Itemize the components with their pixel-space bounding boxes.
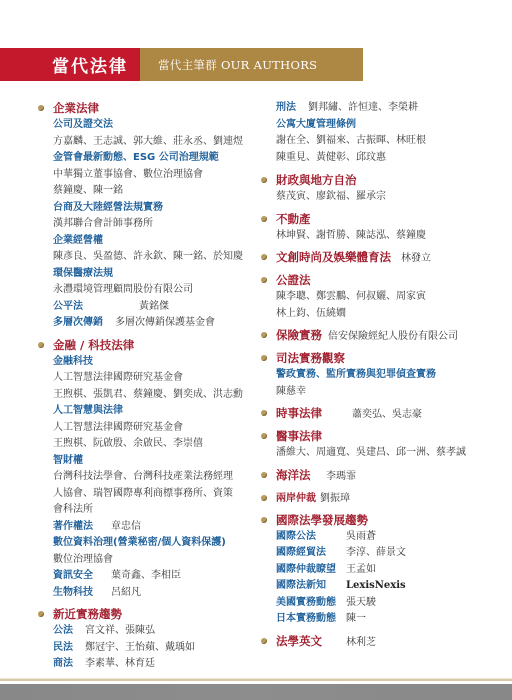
author-names: 王煦棋、張凱君、蔡鐘慶、劉奕成、洪志勳 (53, 387, 256, 404)
author-names: 蔡鐘慶、陳一銘 (53, 183, 256, 200)
section-title: 司法實務觀察 (276, 350, 501, 367)
section-title: 保險實務 (276, 327, 322, 344)
author-names: 人工智慧法律國際研究基金會 (53, 420, 256, 437)
subsection-row: 公法 宮文祥、張陳弘 (53, 623, 256, 640)
section-culture-sports: 文創時尚及娛樂體育法 林發立 (261, 249, 501, 267)
subsection-row: 多層次傳銷 多層次傳銷保護基金會 (53, 315, 256, 332)
subsection-title: 國際經貿法 (276, 545, 346, 562)
author-names: 李素華、林育廷 (85, 656, 155, 673)
section-medical-law: 醫事法律 潘維大、周適寬、吳建昌、邱一洲、蔡孝誠 (261, 428, 501, 462)
section-title: 兩岸仲裁 (276, 490, 316, 507)
right-column: 刑法 劉邦繡、許恒達、李榮耕 公寓大廈管理條例 謝在全、劉福來、古振暉、林旺根 … (261, 100, 501, 656)
subsection-row: 國際公法 吳雨蒼 (276, 529, 501, 546)
author-names: 王孟如 (346, 562, 376, 579)
subsection-row: 日本實務動態 陳一 (276, 611, 501, 628)
bullet-icon (261, 254, 267, 260)
subsection-title: 著作權法 (53, 519, 111, 536)
author-names: 林發立 (401, 250, 431, 267)
section-corporate-law: 企業法律 公司及證交法 方嘉麟、王志誠、郭大維、莊永丞、劉連煜 金管會最新動態、… (38, 100, 256, 332)
author-names: LexisNexis (346, 578, 406, 595)
author-names: 葉奇鑫、李相臣 (111, 568, 181, 585)
subsection-title: 國際法新知 (276, 578, 346, 595)
bullet-icon (261, 216, 267, 222)
page-subtitle: 當代主筆群 OUR AUTHORS (158, 57, 317, 73)
section-title-row: 兩岸仲裁 劉振璋 (276, 490, 501, 507)
section-title: 醫事法律 (276, 428, 501, 445)
subsection-title: 資訊安全 (53, 568, 111, 585)
author-names: 李瑪霏 (326, 468, 356, 485)
section-title-row: 時事法律 蕭奕弘、吳志豪 (276, 405, 501, 423)
section-real-estate: 不動產 林坤賢、謝哲勝、陳誌泓、蔡鐘慶 (261, 211, 501, 245)
bullet-icon (261, 495, 267, 501)
section-title-row: 文創時尚及娛樂體育法 林發立 (276, 249, 501, 267)
bullet-icon (261, 177, 267, 183)
subsection-row: 生物科技 呂紹凡 (53, 585, 256, 602)
author-names: 方嘉麟、王志誠、郭大維、莊永丞、劉連煜 (53, 134, 256, 151)
bullet-icon (261, 277, 267, 283)
author-names: 陳慈幸 (276, 384, 501, 401)
section-title: 海洋法 (276, 467, 316, 484)
subsection-title: 企業經營權 (53, 233, 256, 250)
subsection-title: 數位資料治理(營業秘密/個人資料保護) (53, 535, 256, 552)
bullet-icon (38, 342, 44, 348)
author-names: 黃銘傑 (139, 299, 169, 316)
subsection-title: 人工智慧與法律 (53, 403, 256, 420)
subsection-title: 智財權 (53, 453, 256, 470)
subsection-title: 公寓大廈管理條例 (276, 117, 501, 134)
section-title: 財政與地方自治 (276, 172, 501, 189)
subsection-title: 台商及大陸經營法規實務 (53, 200, 256, 217)
section-fintech-law: 金融 / 科技法律 金融科技 人工智慧法律國際研究基金會 王煦棋、張凱君、蔡鐘慶… (38, 337, 256, 602)
bullet-icon (261, 433, 267, 439)
author-names: 人工智慧法律國際研究基金會 (53, 370, 256, 387)
author-names: 人協會、瑞智國際專利商標事務所、資策 (53, 486, 256, 503)
section-title: 時事法律 (276, 405, 342, 422)
subsection-title: 生物科技 (53, 585, 111, 602)
author-names: 林坤賢、謝哲勝、陳誌泓、蔡鐘慶 (276, 228, 501, 245)
author-names: 謝在全、劉福來、古振暉、林旺根 (276, 133, 501, 150)
author-names: 陳一 (346, 611, 366, 628)
section-title: 不動產 (276, 211, 501, 228)
footer-divider (0, 678, 512, 681)
bullet-icon (261, 472, 267, 478)
section-title: 公證法 (276, 272, 501, 289)
subsection-title: 金管會最新動態、ESG 公司治理規範 (53, 150, 256, 167)
subsection-title: 民法 (53, 640, 85, 657)
subsection-title: 刑法 (276, 100, 308, 117)
subsection-title: 公法 (53, 623, 85, 640)
author-names: 劉邦繡、許恒達、李榮耕 (308, 100, 418, 117)
subsection-title: 多層次傳銷 (53, 315, 111, 332)
subsection-row: 著作權法 章忠信 (53, 519, 256, 536)
subsection-row: 國際經貿法 李淳、薛景文 (276, 545, 501, 562)
header-banner: 當代法律 當代主筆群 OUR AUTHORS (0, 48, 363, 81)
section-judicial-practice: 司法實務觀察 警政實務、監所實務與犯罪偵查實務 陳慈幸 (261, 350, 501, 400)
subsection-title: 國際公法 (276, 529, 346, 546)
author-names: 陳李聰、鄭雲鵬、何叔孋、周家寅 (276, 289, 501, 306)
author-names: 王煦棋、阮啟殷、余啟民、李崇僖 (53, 436, 256, 453)
author-names: 漢邦聯合會計師事務所 (53, 216, 256, 233)
subsection-title: 公平法 (53, 299, 139, 316)
author-names: 宮文祥、張陳弘 (85, 623, 155, 640)
subsection-title: 國際仲裁瞭望 (276, 562, 346, 579)
section-current-affairs: 時事法律 蕭奕弘、吳志豪 (261, 405, 501, 423)
author-names: 吳雨蒼 (346, 529, 376, 546)
subsection-title: 警政實務、監所實務與犯罪偵查實務 (276, 367, 501, 384)
subsection-title: 環保醫療法規 (53, 266, 256, 283)
section-finance-local: 財政與地方自治 蔡茂寅、廖欽福、羅承宗 (261, 172, 501, 206)
bullet-icon (38, 105, 44, 111)
bullet-icon (261, 332, 267, 338)
subsection-title: 金融科技 (53, 354, 256, 371)
author-names: 陳重見、黃健彰、邱玟惠 (276, 150, 501, 167)
subsection-row: 資訊安全 葉奇鑫、李相臣 (53, 568, 256, 585)
brand-block: 當代法律 (0, 48, 140, 81)
section-criminal-condo: 刑法 劉邦繡、許恒達、李榮耕 公寓大廈管理條例 謝在全、劉福來、古振暉、林旺根 … (261, 100, 501, 166)
section-recent-trends: 新近實務趨勢 公法 宮文祥、張陳弘 民法 鄭冠宇、王怡蘋、戴瑀如 商法 李素華、… (38, 606, 256, 673)
section-title: 金融 / 科技法律 (53, 337, 256, 354)
section-notary: 公證法 陳李聰、鄭雲鵬、何叔孋、周家寅 林上鈞、伍繞嫺 (261, 272, 501, 322)
author-names: 林利芝 (346, 634, 376, 651)
bullet-icon (261, 355, 267, 361)
section-title-row: 海洋法 李瑪霏 (276, 467, 501, 485)
subsection-row: 商法 李素華、林育廷 (53, 656, 256, 673)
author-names: 數位治理協會 (53, 552, 256, 569)
subsection-row: 美國實務動態 張天駿 (276, 595, 501, 612)
subsection-title: 公司及證交法 (53, 117, 256, 134)
section-cross-strait-arbitration: 兩岸仲裁 劉振璋 (261, 490, 501, 507)
footer-band (0, 684, 512, 700)
subsection-title: 商法 (53, 656, 85, 673)
author-names: 多層次傳銷保護基金會 (115, 315, 215, 332)
author-names: 蔡茂寅、廖欽福、羅承宗 (276, 189, 501, 206)
author-names: 鄭冠宇、王怡蘋、戴瑀如 (85, 640, 195, 657)
brand-title: 當代法律 (52, 52, 128, 77)
subsection-title: 美國實務動態 (276, 595, 346, 612)
subtitle-block: 當代主筆群 OUR AUTHORS (140, 48, 363, 81)
section-title: 國際法學發展趨勢 (276, 512, 501, 529)
section-title: 企業法律 (53, 100, 256, 117)
subsection-row: 國際仲裁瞭望 王孟如 (276, 562, 501, 579)
subsection-row: 刑法 劉邦繡、許恒達、李榮耕 (276, 100, 501, 117)
left-column: 企業法律 公司及證交法 方嘉麟、王志誠、郭大維、莊永丞、劉連煜 金管會最新動態、… (38, 100, 256, 678)
section-maritime-law: 海洋法 李瑪霏 (261, 467, 501, 485)
bullet-icon (38, 611, 44, 617)
author-names: 劉振璋 (320, 490, 350, 507)
subsection-title: 日本實務動態 (276, 611, 346, 628)
bullet-icon (261, 517, 267, 523)
author-names: 陳彥良、吳盈德、許永欽、陳一銘、於知慶 (53, 249, 256, 266)
section-legal-english: 法學英文 林利芝 (261, 633, 501, 651)
author-names: 台灣科技法學會、台灣科技產業法務經理 (53, 469, 256, 486)
author-names: 永灃環境管理顧問股份有限公司 (53, 282, 256, 299)
bullet-icon (261, 638, 267, 644)
subsection-row: 公平法 黃銘傑 (53, 299, 256, 316)
section-title-row: 保險實務 倍安保險經紀人股份有限公司 (276, 327, 501, 345)
subsection-row: 國際法新知 LexisNexis (276, 578, 501, 595)
section-title: 新近實務趨勢 (53, 606, 256, 623)
author-names: 蕭奕弘、吳志豪 (352, 406, 422, 423)
section-title: 文創時尚及娛樂體育法 (276, 249, 391, 266)
section-title-row: 法學英文 林利芝 (276, 633, 501, 651)
section-international-law: 國際法學發展趨勢 國際公法 吳雨蒼 國際經貿法 李淳、薛景文 國際仲裁瞭望 王孟… (261, 512, 501, 628)
author-names: 李淳、薛景文 (346, 545, 406, 562)
section-insurance: 保險實務 倍安保險經紀人股份有限公司 (261, 327, 501, 345)
author-names: 章忠信 (111, 519, 141, 536)
subsection-row: 民法 鄭冠宇、王怡蘋、戴瑀如 (53, 640, 256, 657)
author-names: 張天駿 (346, 595, 376, 612)
section-title: 法學英文 (276, 633, 346, 650)
author-names: 呂紹凡 (111, 585, 141, 602)
author-names: 潘維大、周適寬、吳建昌、邱一洲、蔡孝誠 (276, 445, 501, 462)
author-names: 會科法所 (53, 502, 256, 519)
author-names: 林上鈞、伍繞嫺 (276, 306, 501, 323)
author-names: 倍安保險經紀人股份有限公司 (328, 328, 458, 345)
author-names: 中華獨立董事協會、數位治理協會 (53, 167, 256, 184)
bullet-icon (261, 410, 267, 416)
